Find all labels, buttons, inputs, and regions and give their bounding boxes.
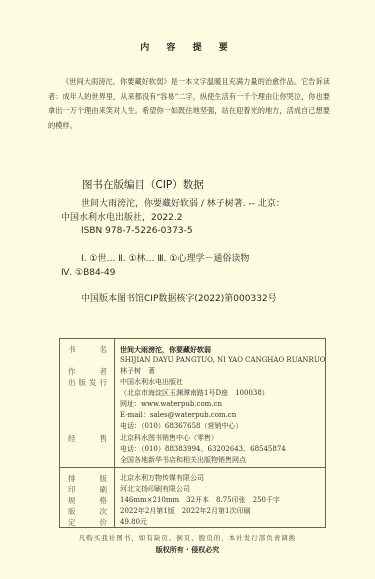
cip-class-line-2: Ⅳ. ①B84-49 xyxy=(61,267,341,281)
table-row: SHIJIAN DAYU PANGTUO, NI YAO CANGHAO RUA… xyxy=(60,355,325,366)
row-label: 书名 xyxy=(68,344,107,355)
row-label: 定价 xyxy=(68,517,107,528)
row-value: 全国各地新华书店和相关出版物销售网点 xyxy=(120,455,246,466)
row-value: 电话：（010）68367658（营销中心） xyxy=(120,421,243,432)
row-label-char: 售 xyxy=(100,433,108,444)
row-label: 经售 xyxy=(68,433,107,444)
row-value: 北京水利万物传媒有限公司 xyxy=(120,473,204,484)
table-row: 作者林子树 著 xyxy=(60,366,325,377)
table-row: 定价49.80元 xyxy=(60,517,325,528)
row-label-char: 版 xyxy=(100,473,108,484)
row-label-char: 作 xyxy=(68,366,76,377)
row-value: 林子树 著 xyxy=(120,366,155,377)
summary-title: 内 容 提 要 xyxy=(0,40,375,53)
table-row: 网址：www.waterpub.com.cn xyxy=(60,399,325,410)
row-label-char: 刷 xyxy=(100,484,108,495)
table-row: 排版北京水利万物传媒有限公司 xyxy=(60,473,325,484)
summary-body: 《世间大雨滂沱，你要藏好软弱》是一本文字温暖且充满力量的治愈作品。它告诉读者：成… xyxy=(48,75,330,133)
table-row: 规格146mm×210mm 32开本 8.75印张 250千字 xyxy=(60,495,325,506)
cip-approval-line: 中国版本图书馆CIP数据核字(2022)第000332号 xyxy=(61,293,341,307)
table-row: 电话：（010）68367658（营销中心） xyxy=(60,421,325,432)
row-label-char: 印 xyxy=(68,484,76,495)
table-row: 印刷河北文扬印刷有限公司 xyxy=(60,484,325,495)
footer-copyright: 版权所有 · 侵权必究 xyxy=(0,545,375,555)
row-label: 作者 xyxy=(68,366,107,377)
row-value: 146mm×210mm 32开本 8.75印张 250千字 xyxy=(120,495,280,506)
table-row: 全国各地新华书店和相关出版物销售网点 xyxy=(60,455,325,466)
row-value: 中国水利水电出版社 xyxy=(120,377,183,388)
row-label-char: 者 xyxy=(100,366,108,377)
cip-classification: Ⅰ. ①世… Ⅱ. ①林… Ⅲ. ①心理学－通俗读物 Ⅳ. ①B84-49 xyxy=(61,253,341,280)
row-label-char: 规 xyxy=(68,495,76,506)
row-label-char: 价 xyxy=(100,517,108,528)
row-label-char: 次 xyxy=(100,506,108,517)
row-label-char: 格 xyxy=(100,495,108,506)
row-label-char: 行 xyxy=(100,377,108,388)
row-value: （北京市海淀区玉渊潭南路1号D座 100038） xyxy=(120,388,269,399)
cip-class-line-1: Ⅰ. ①世… Ⅱ. ①林… Ⅲ. ①心理学－通俗读物 xyxy=(61,253,341,267)
row-value: SHIJIAN DAYU PANGTUO, NI YAO CANGHAO RUA… xyxy=(120,355,325,366)
row-value: 电话：（010）88383994、63202643、68545874 xyxy=(120,444,286,455)
table-row: 出版发行中国水利水电出版社 xyxy=(60,377,325,388)
row-label-char: 版 xyxy=(68,506,76,517)
row-value: 河北文扬印刷有限公司 xyxy=(120,484,190,495)
row-value: E-mail：sales@waterpub.com.cn xyxy=(120,410,236,421)
row-label-char: 排 xyxy=(68,473,76,484)
footer-return-note: 凡购买我社图书，如有缺页、倒页、脱页的，本社发行部负责调换 xyxy=(0,533,375,542)
row-value: 世间大雨滂沱，你要藏好软弱 xyxy=(120,344,211,355)
table-row: 书名世间大雨滂沱，你要藏好软弱 xyxy=(60,344,325,355)
table-row: 经售北京科水图书销售中心（零售） xyxy=(60,433,325,444)
row-label-char: 出 xyxy=(68,377,76,388)
cip-isbn-line: ISBN 978-7-5226-0373-5 xyxy=(61,225,341,239)
row-value: 2022年2月第1版 2022年2月第1次印刷 xyxy=(120,506,250,517)
row-value: 网址：www.waterpub.com.cn xyxy=(120,399,222,410)
cip-catalog-entry: 世间大雨滂沱，你要藏好软弱 / 林子树著. -- 北京： 中国水利水电出版社，2… xyxy=(61,198,341,239)
table-horizontal-divider xyxy=(60,467,325,468)
cip-publisher-line: 中国水利水电出版社，2022.2 xyxy=(61,212,341,226)
row-label-char: 经 xyxy=(68,433,76,444)
row-label: 版次 xyxy=(68,506,107,517)
cip-title-line: 世间大雨滂沱，你要藏好软弱 / 林子树著. -- 北京： xyxy=(61,198,341,212)
row-label: 规格 xyxy=(68,495,107,506)
table-row: 电话：（010）88383994、63202643、68545874 xyxy=(60,444,325,455)
row-label-char: 名 xyxy=(100,344,108,355)
cip-heading: 图书在版编目（CIP）数据 xyxy=(82,177,204,192)
row-label-char: 定 xyxy=(68,517,76,528)
row-value: 北京科水图书销售中心（零售） xyxy=(120,433,218,444)
table-row: E-mail：sales@waterpub.com.cn xyxy=(60,410,325,421)
row-label: 排版 xyxy=(68,473,107,484)
row-label-char: 书 xyxy=(68,344,76,355)
publication-info-table: 书名世间大雨滂沱，你要藏好软弱SHIJIAN DAYU PANGTUO, NI … xyxy=(59,338,326,528)
row-label-char: 发 xyxy=(89,377,97,388)
row-label-char: 版 xyxy=(79,377,87,388)
cip-approval: 中国版本图书馆CIP数据核字(2022)第000332号 xyxy=(61,293,341,307)
table-row: 版次2022年2月第1版 2022年2月第1次印刷 xyxy=(60,506,325,517)
table-row: （北京市海淀区玉渊潭南路1号D座 100038） xyxy=(60,388,325,399)
row-value: 49.80元 xyxy=(120,517,147,528)
row-label: 出版发行 xyxy=(68,377,107,388)
row-label: 印刷 xyxy=(68,484,107,495)
